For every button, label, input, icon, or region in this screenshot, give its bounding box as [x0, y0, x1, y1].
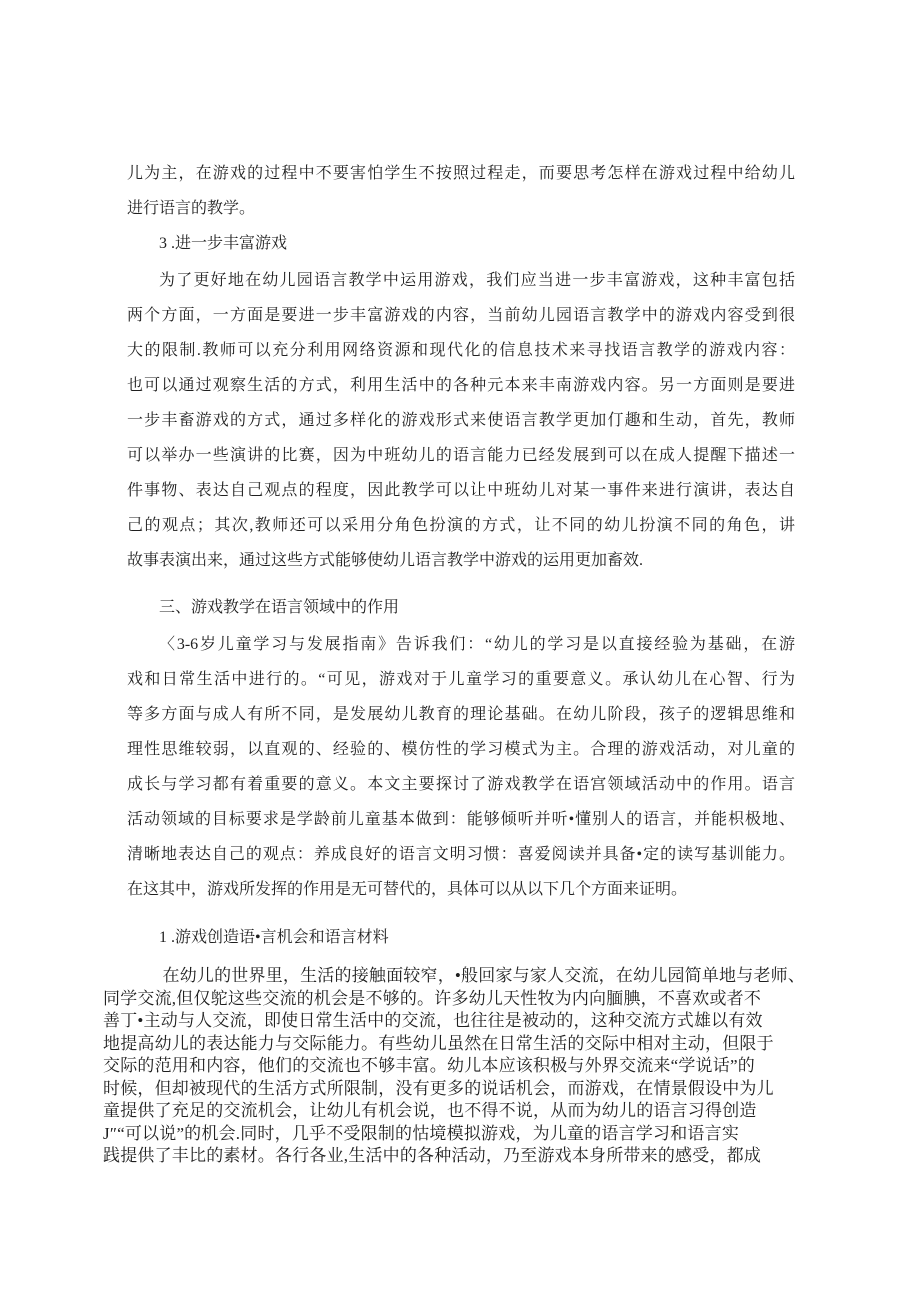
heading-role-of-games: 三、游戏教学在语言领域中的作用 — [127, 590, 795, 625]
paragraph-enrich: 为了更好地在幼儿园语言教学中运用游戏，我们应当进一步丰富游戏，这种丰富包括 两个… — [127, 263, 795, 578]
text-line: 故事表演出来，通过这些方式能够使幼儿语言教学中游戏的运用更加畜效. — [127, 543, 795, 578]
paragraph-role: 〈3-6岁儿童学习与发展指南》告诉我们：“幼儿的学习是以直接经验为基础，在游 戏… — [127, 627, 795, 907]
text-line: 童提供了充足的交流机会，让幼儿有机会说，也不得不说，从而为幼儿的语言习得创造 — [103, 1100, 803, 1123]
text-line: 同学交流,但仅鸵这些交流的机会是不够的。许多幼儿天性牧为内向腼腆，不喜欢或者不 — [103, 988, 803, 1011]
text-line: 清晰地表达自己的观点：养成良好的语言文明习惯：喜爱阅读并具备•定的读写基训能力。 — [127, 837, 795, 872]
text-line: 件事物、表达自己观点的程度，因此教学可以让中班幼儿对某一事件来进行演讲，表达自 — [127, 473, 795, 508]
text-line: 戏和日常生活中进行的。“可见，游戏对于儿童学习的重要意义。承认幼儿在心智、行为 — [127, 662, 795, 697]
text-line: 〈3-6岁儿童学习与发展指南》告诉我们：“幼儿的学习是以直接经验为基础，在游 — [127, 627, 795, 662]
text-line: 善丁•主动与人交流，即使日常生活中的交流，也往往是被动的，这种交流方式雄以有效 — [103, 1010, 803, 1033]
text-line: 可以举办一些演讲的比赛，因为中班幼儿的语言能力已经发展到可以在成人提醒下描述一 — [127, 438, 795, 473]
section-heading: 1 .游戏创造语•言机会和语言材料 — [127, 920, 795, 955]
heading-language-opportunity: 1 .游戏创造语•言机会和语言材料 — [127, 920, 795, 955]
document-page: 儿为主，在游戏的过程中不要害怕学生不按照过程走，而要思考怎样在游戏过程中给幼儿 … — [0, 0, 920, 1301]
text-line: 地提高幼儿的表达能力与交际能力。有些幼儿虽然在日常生活的交际中相对主动，但限于 — [103, 1033, 803, 1056]
text-line: 在幼儿的世界里，生活的接触面较窄，•般回家与家人交流，在幼儿园简单地与老师、 — [103, 965, 803, 988]
text-line: 一步丰畜游戏的方式，通过多样化的游戏形式来使语言教学更加仃趣和生动，首先，教师 — [127, 403, 795, 438]
section-heading: 3 .进一步丰富游戏 — [127, 226, 795, 261]
text-line: 成长与学习都有着重要的意义。本文主要探讨了游戏教学在语宫领域活动中的作用。语言 — [127, 767, 795, 802]
section-heading: 三、游戏教学在语言领域中的作用 — [127, 590, 795, 625]
text-line: 儿为主，在游戏的过程中不要害怕学生不按照过程走，而要思考怎样在游戏过程中给幼儿 — [127, 156, 795, 191]
text-line: 也可以通过观察生活的方式，利用生活中的各种元本来丰南游戏内容。另一方面则是要进 — [127, 368, 795, 403]
text-line: 为了更好地在幼儿园语言教学中运用游戏，我们应当进一步丰富游戏，这种丰富包括 — [127, 263, 795, 298]
text-line: 交际的范用和内容，他们的交流也不够丰富。幼儿本应该积极与外界交流来“学说话”的 — [103, 1055, 803, 1078]
text-line: 活动领域的目标要求是学龄前儿童基本做到：能够倾听并听•懂别人的语言，并能枳极地、 — [127, 802, 795, 837]
text-line: 己的观点；其次,教师还可以采用分角色扮演的方式，让不同的幼儿扮演不同的角色，讲 — [127, 508, 795, 543]
text-line: 践提供了丰比的素材。各行各业,生活中的各种活动，乃至游戏本身所带来的感受，都成 — [103, 1145, 803, 1168]
heading-enrich-games: 3 .进一步丰富游戏 — [127, 226, 795, 261]
text-line: J″“可以说”的机会.同时，几乎不受限制的怙境模拟游戏，为儿童的语言学习和语言实 — [103, 1123, 803, 1146]
text-line: 理性思维较弱，以直观的、经验的、模仿性的学习模式为主。合理的游戏活动，对儿童的 — [127, 732, 795, 767]
paragraph-opportunity: 在幼儿的世界里，生活的接触面较窄，•般回家与家人交流，在幼儿园简单地与老师、 同… — [103, 965, 803, 1168]
paragraph-intro: 儿为主，在游戏的过程中不要害怕学生不按照过程走，而要思考怎样在游戏过程中给幼儿 … — [127, 156, 795, 226]
text-line: 进行语言的教学。 — [127, 191, 795, 226]
text-line: 大的限制.教师可以充分利用网络资源和现代化的信息技术来寻找语言教学的游戏内容： — [127, 333, 795, 368]
text-line: 等多方面与成人有所不同，是发展幼儿教育的理论基础。在幼儿阶段，孩子的逻辑思维和 — [127, 697, 795, 732]
text-line: 在这其中，游戏所发挥的作用是无可替代的，具体可以从以下几个方面来证明。 — [127, 872, 795, 907]
text-line: 时候，但却被现代的生活方式所限制，没有更多的说话机会，而游戏，在情景假设中为儿 — [103, 1078, 803, 1101]
text-line: 两个方面，一方面是要进一步丰富游戏的内容，当前幼儿园语言教学中的游戏内容受到很 — [127, 298, 795, 333]
